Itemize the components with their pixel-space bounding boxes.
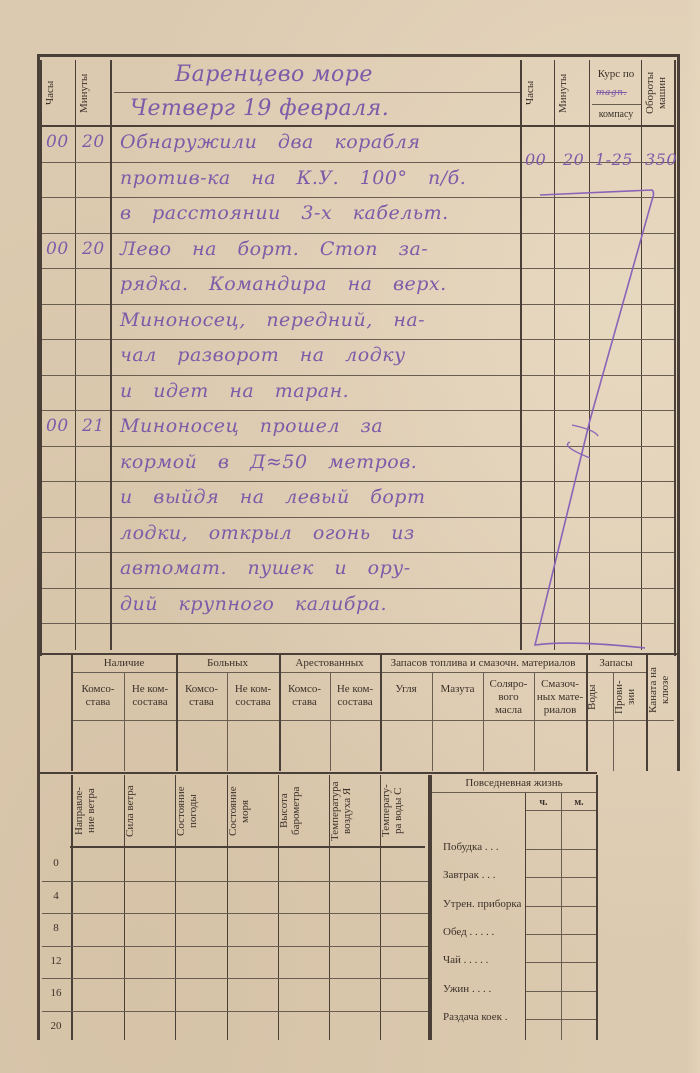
mid-group-sep — [279, 655, 281, 771]
mid-col-label: Не ком- состава — [227, 683, 279, 709]
daily-item-label: Утрен. приборка — [443, 898, 521, 910]
row-line — [42, 588, 110, 589]
header-minutes: Минуты — [78, 62, 108, 124]
entry-hours: 00 — [46, 416, 69, 436]
row-line — [112, 233, 520, 234]
mid-col-label: Не ком- состава — [330, 683, 380, 709]
mid-col-sep — [71, 655, 73, 771]
right-course: 1-25 — [595, 150, 633, 169]
row-line — [112, 339, 520, 340]
course-divider — [592, 104, 642, 105]
daily-row-line — [526, 877, 596, 878]
row-line — [42, 481, 110, 482]
mid-group-sep — [176, 655, 178, 771]
entry-text: чал разворот на лодку — [120, 344, 406, 366]
hour-row-line — [42, 881, 428, 882]
daily-life-title: Повседневная жизнь — [432, 777, 596, 790]
hour-row-line — [42, 978, 428, 979]
frame-top — [37, 54, 679, 57]
frame-left-inner — [40, 60, 42, 656]
mid-group-label: Запасов топлива и смазочн. материалов — [380, 657, 586, 670]
weather-col-label: Температу- ра воды С — [380, 778, 428, 844]
weather-col-label: Температура воздуха Я — [329, 778, 380, 844]
weather-col-label: Направле- ние ветра — [73, 778, 124, 844]
hour-label: 20 — [42, 1020, 70, 1033]
entry-text: в расстоянии 3-х кабельт. — [120, 202, 449, 224]
ditto-stroke — [500, 180, 670, 660]
mid-col-label: Не ком- состава — [124, 683, 176, 709]
daily-item-label: Раздача коек . — [443, 1011, 508, 1023]
entry-minutes: 21 — [82, 416, 105, 436]
entry-text: автомат. пушек и ору- — [120, 557, 411, 579]
title-line1: Баренцево море — [175, 62, 373, 87]
mid-last-col-label: Каната на клюзе — [647, 660, 673, 720]
row-line — [112, 162, 520, 163]
weather-col-label: Сила ветра — [124, 778, 175, 844]
header-minutes-right: Минуты — [557, 62, 587, 124]
row-line — [112, 268, 520, 269]
daily-item-label: Побудка . . . — [443, 841, 499, 853]
entry-minutes: 20 — [82, 239, 105, 259]
header-engine-revs: Обороты машин — [644, 62, 674, 124]
mid-col-label: Угля — [380, 683, 432, 696]
row-line — [112, 517, 520, 518]
entry-text: лодки, открыл огонь из — [120, 522, 415, 544]
row-line — [42, 410, 110, 411]
entry-text: кормой в Д≈50 метров. — [120, 451, 417, 473]
col-sep — [110, 60, 112, 650]
row-line — [42, 446, 110, 447]
hour-row-line — [42, 913, 428, 914]
row-line — [112, 197, 520, 198]
header-divider — [40, 125, 676, 127]
daily-left — [430, 775, 432, 1040]
row-line — [112, 304, 520, 305]
hour-label: 16 — [42, 987, 70, 1000]
daily-h-sep — [525, 793, 526, 1040]
row-line — [112, 623, 520, 624]
row-line — [42, 375, 110, 376]
mid-right — [677, 653, 680, 771]
daily-m-sep — [561, 793, 562, 1040]
right-hours: 00 — [525, 150, 546, 169]
hour-label: 12 — [42, 955, 70, 968]
entry-text: и идет на таран. — [120, 380, 349, 402]
row-line — [112, 375, 520, 376]
daily-title-divider — [432, 792, 596, 793]
hour-row-line — [42, 946, 428, 947]
daily-row-line — [526, 991, 596, 992]
title-divider — [114, 92, 520, 93]
bottom-left — [37, 653, 40, 1040]
entry-text: против-ка на К.У. 100° п/б. — [120, 167, 466, 189]
row-line — [42, 623, 110, 624]
mid-group-label: Запасы — [586, 657, 646, 670]
header-hours-right: Часы — [524, 62, 552, 124]
hour-label: 4 — [42, 890, 70, 903]
row-line — [112, 410, 520, 411]
mid-col-label: Мазута — [432, 683, 483, 696]
daily-row-line — [526, 1019, 596, 1020]
daily-row-line — [526, 849, 596, 850]
header-course-struck: magn. — [596, 88, 627, 98]
hour-row-line — [42, 1011, 428, 1012]
daily-item-label: Ужин . . . . — [443, 983, 491, 995]
entry-text: Обнаружили два корабля — [120, 131, 420, 153]
row-line — [112, 588, 520, 589]
mid-group-divider — [72, 672, 646, 673]
entry-text: и выйдя на левый борт — [120, 486, 425, 508]
row-line — [112, 446, 520, 447]
mid-col-label: Прови-зии — [613, 675, 646, 719]
frame-right — [677, 54, 680, 659]
entry-text: Лево на борт. Стоп за- — [120, 238, 428, 260]
right-revs: 350 — [645, 150, 677, 169]
entry-hours: 00 — [46, 239, 69, 259]
daily-right — [596, 775, 598, 1040]
header-course-bottom: компасу — [590, 108, 642, 121]
entry-hours: 00 — [46, 132, 69, 152]
row-line — [42, 197, 110, 198]
daily-item-label: Чай . . . . . — [443, 954, 488, 966]
weather-col-label: Состояние моря — [227, 778, 278, 844]
mid-col-label: Комсо- става — [279, 683, 330, 709]
row-line — [42, 162, 110, 163]
daily-col-minutes: м. — [562, 796, 596, 809]
row-line — [42, 339, 110, 340]
entry-text: Миноносец прошел за — [120, 415, 383, 437]
row-line — [42, 268, 110, 269]
mid-group-label: Наличие — [72, 657, 176, 670]
row-line — [42, 517, 110, 518]
daily-row-line — [526, 934, 596, 935]
col-sep — [75, 60, 76, 650]
title-line2: Четверг 19 февраля. — [130, 96, 389, 121]
weather-col-label: Состояние погоды — [175, 778, 227, 844]
row-line — [42, 233, 110, 234]
entry-text: дий крупного калибра. — [120, 593, 387, 615]
bottom-top — [37, 772, 597, 774]
row-line — [112, 481, 520, 482]
mid-group-sep — [380, 655, 382, 771]
daily-row-line — [526, 906, 596, 907]
daily-row-line — [526, 962, 596, 963]
weather-col-label: Высота барометра — [278, 778, 329, 844]
mid-top — [37, 653, 680, 655]
mid-col-label: Комсо- става — [72, 683, 124, 709]
entry-text: рядка. Командира на верх. — [120, 273, 447, 295]
mid-group-label: Арестованных — [279, 657, 380, 670]
entry-minutes: 20 — [82, 132, 105, 152]
mid-col-label: Смазоч- ных мате- риалов — [534, 678, 586, 717]
right-minutes: 20 — [563, 150, 584, 169]
mid-group-label: Больных — [176, 657, 279, 670]
daily-col-hours: ч. — [526, 796, 561, 809]
daily-item-label: Обед . . . . . — [443, 926, 494, 938]
daily-item-label: Завтрак . . . — [443, 869, 495, 881]
mid-header-divider — [72, 720, 674, 721]
row-line — [42, 552, 110, 553]
mid-col-label: Соляро- вого масла — [483, 678, 534, 717]
mid-col-label: Комсо- става — [176, 683, 227, 709]
entry-text: Миноносец, передний, на- — [120, 309, 425, 331]
row-line — [42, 304, 110, 305]
hour-label: 8 — [42, 922, 70, 935]
page-edge — [686, 0, 700, 1073]
header-hours: Часы — [44, 62, 74, 124]
row-line — [112, 552, 520, 553]
hour-label: 0 — [42, 857, 70, 870]
mid-col-label: Воды — [586, 675, 613, 719]
header-course-top: Курс по — [590, 68, 642, 81]
